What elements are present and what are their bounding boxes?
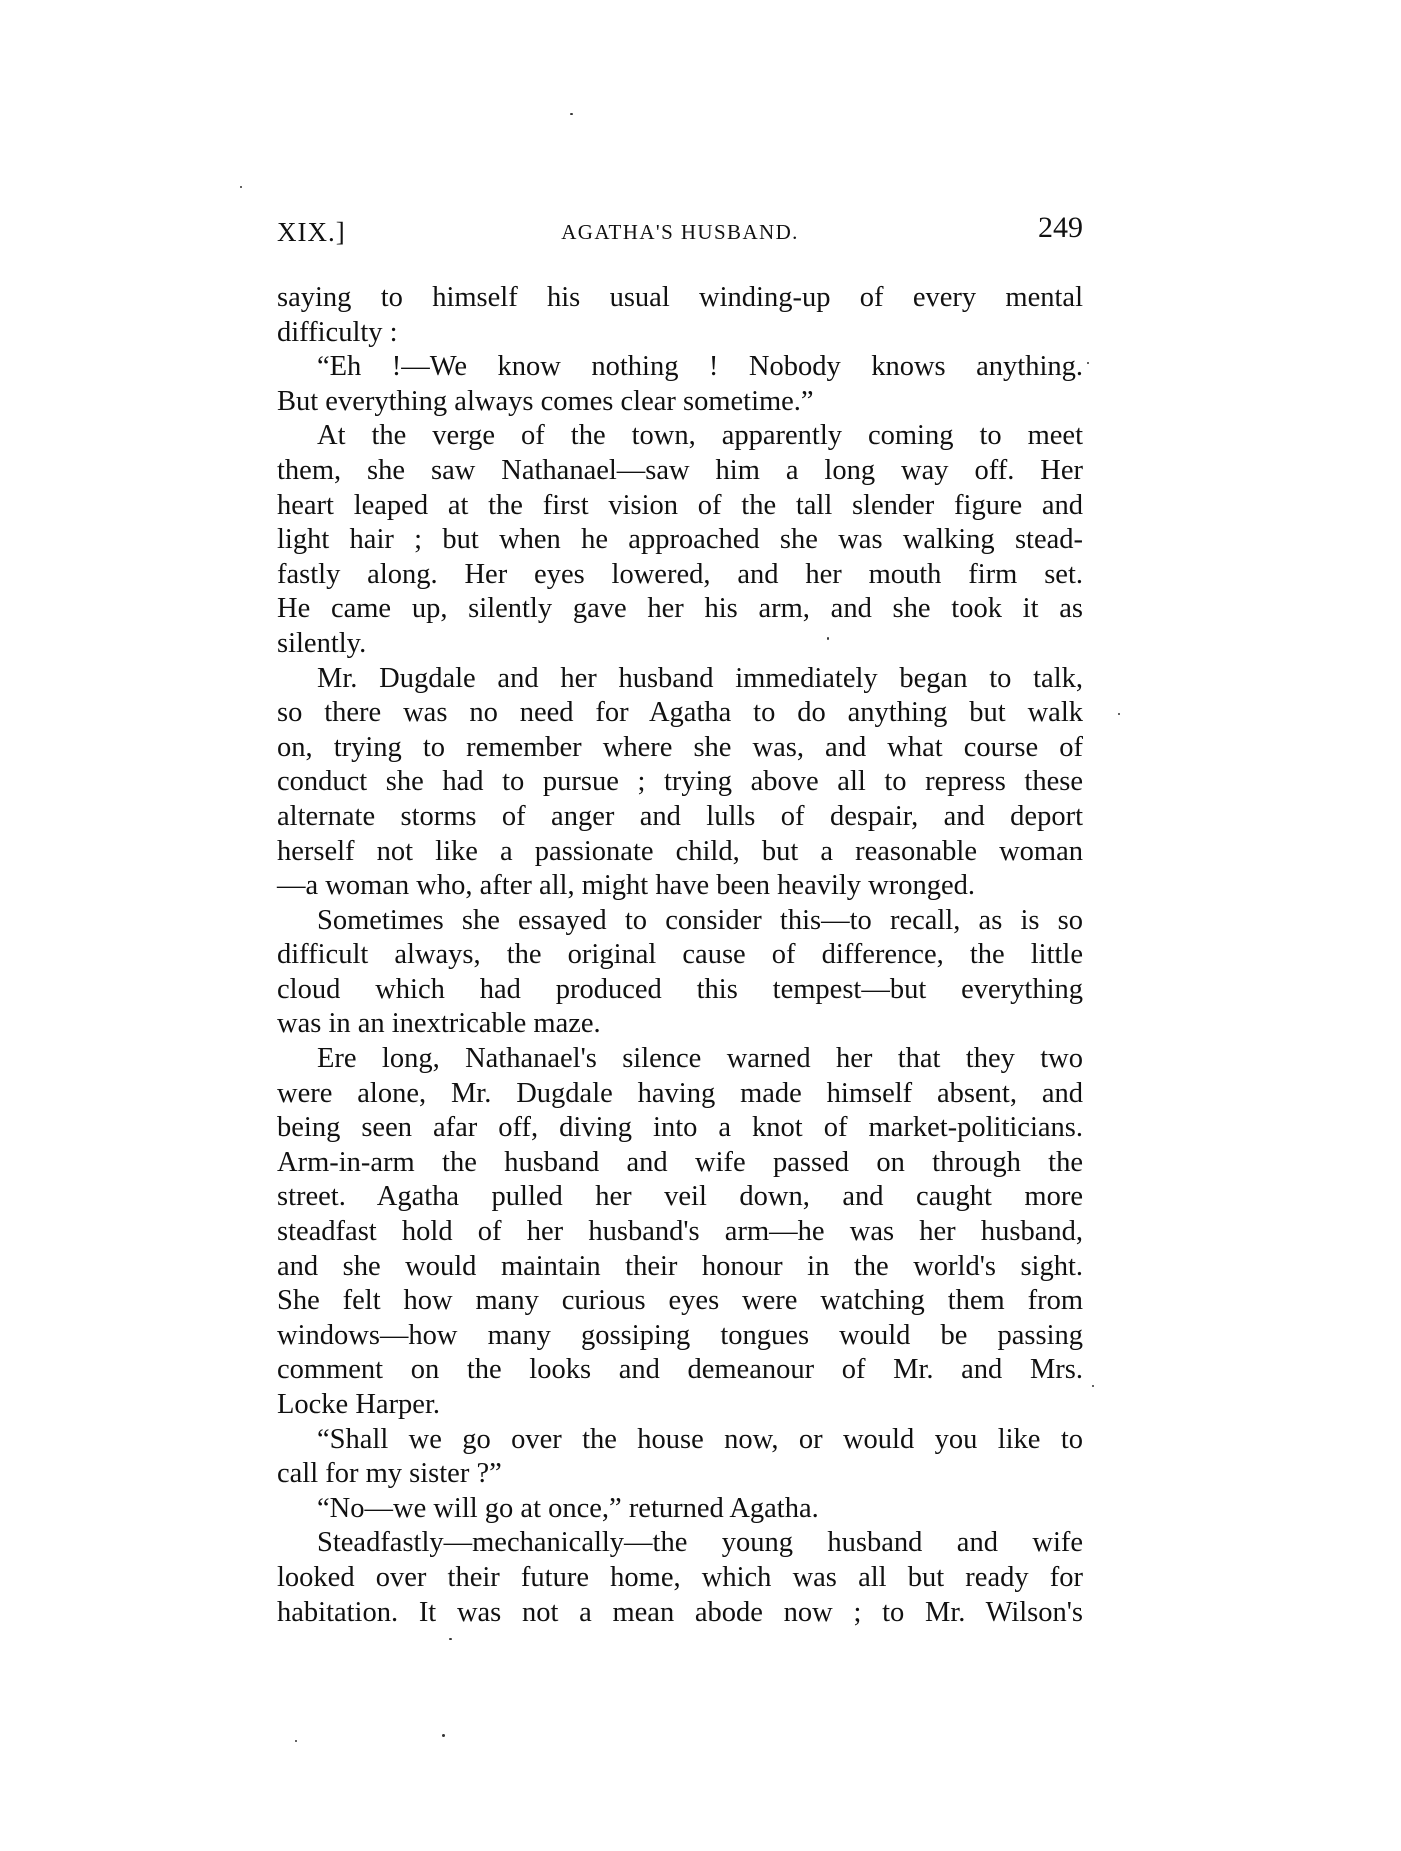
page-number: 249 [1038, 210, 1083, 246]
text-line: them, she saw Nathanael—saw him a long w… [277, 454, 1083, 489]
text-line: call for my sister ?” [277, 1457, 1083, 1492]
text-line: —a woman who, after all, might have been… [277, 869, 1083, 904]
running-head: XIX.] AGATHA'S HUSBAND. 249 [277, 214, 1083, 250]
text-line: street. Agatha pulled her veil down, and… [277, 1180, 1083, 1215]
body-text: saying to himself his usual winding-up o… [277, 281, 1083, 1630]
scan-speck [1087, 362, 1089, 364]
text-line: conduct she had to pursue ; trying above… [277, 765, 1083, 800]
text-line: “No—we will go at once,” returned Agatha… [277, 1492, 1083, 1527]
scan-speck [240, 186, 242, 188]
text-line: looked over their future home, which was… [277, 1561, 1083, 1596]
text-line: At the verge of the town, apparently com… [277, 419, 1083, 454]
text-line: on, trying to remember where she was, an… [277, 731, 1083, 766]
text-line: light hair ; but when he approached she … [277, 523, 1083, 558]
scan-speck [570, 113, 573, 115]
text-line: But everything always comes clear someti… [277, 385, 1083, 420]
text-line: Steadfastly—mechanically—the young husba… [277, 1526, 1083, 1561]
text-line: alternate storms of anger and lulls of d… [277, 800, 1083, 835]
text-line: difficulty : [277, 316, 1083, 351]
text-line: steadfast hold of her husband's arm—he w… [277, 1215, 1083, 1250]
text-line: “Eh !—We know nothing ! Nobody knows any… [277, 350, 1083, 385]
text-line: “Shall we go over the house now, or woul… [277, 1423, 1083, 1458]
text-line: difficult always, the original cause of … [277, 938, 1083, 973]
text-line: He came up, silently gave her his arm, a… [277, 592, 1083, 627]
text-line: heart leaped at the first vision of the … [277, 489, 1083, 524]
scan-speck [449, 1638, 452, 1640]
scan-speck [1118, 713, 1120, 715]
text-line: silently. [277, 627, 1083, 662]
text-line: habitation. It was not a mean abode now … [277, 1596, 1083, 1631]
text-line: and she would maintain their honour in t… [277, 1250, 1083, 1285]
text-line: Locke Harper. [277, 1388, 1083, 1423]
book-page: XIX.] AGATHA'S HUSBAND. 249 saying to hi… [0, 0, 1401, 1851]
text-line: saying to himself his usual winding-up o… [277, 281, 1083, 316]
running-title: AGATHA'S HUSBAND. [277, 214, 1083, 250]
text-line: were alone, Mr. Dugdale having made hims… [277, 1077, 1083, 1112]
text-line: windows—how many gossiping tongues would… [277, 1319, 1083, 1354]
text-line: so there was no need for Agatha to do an… [277, 696, 1083, 731]
text-line: Sometimes she essayed to consider this—t… [277, 904, 1083, 939]
text-line: fastly along. Her eyes lowered, and her … [277, 558, 1083, 593]
scan-speck [295, 1740, 297, 1742]
text-line: comment on the looks and demeanour of Mr… [277, 1353, 1083, 1388]
text-line: Mr. Dugdale and her husband immediately … [277, 662, 1083, 697]
text-line: Arm-in-arm the husband and wife passed o… [277, 1146, 1083, 1181]
text-line: herself not like a passionate child, but… [277, 835, 1083, 870]
text-line: being seen afar off, diving into a knot … [277, 1111, 1083, 1146]
text-line: cloud which had produced this tempest—bu… [277, 973, 1083, 1008]
scan-speck [827, 637, 829, 640]
text-line: She felt how many curious eyes were watc… [277, 1284, 1083, 1319]
text-line: Ere long, Nathanael's silence warned her… [277, 1042, 1083, 1077]
scan-speck [442, 1734, 445, 1737]
text-line: was in an inextricable maze. [277, 1007, 1083, 1042]
scan-speck [1092, 1385, 1094, 1387]
